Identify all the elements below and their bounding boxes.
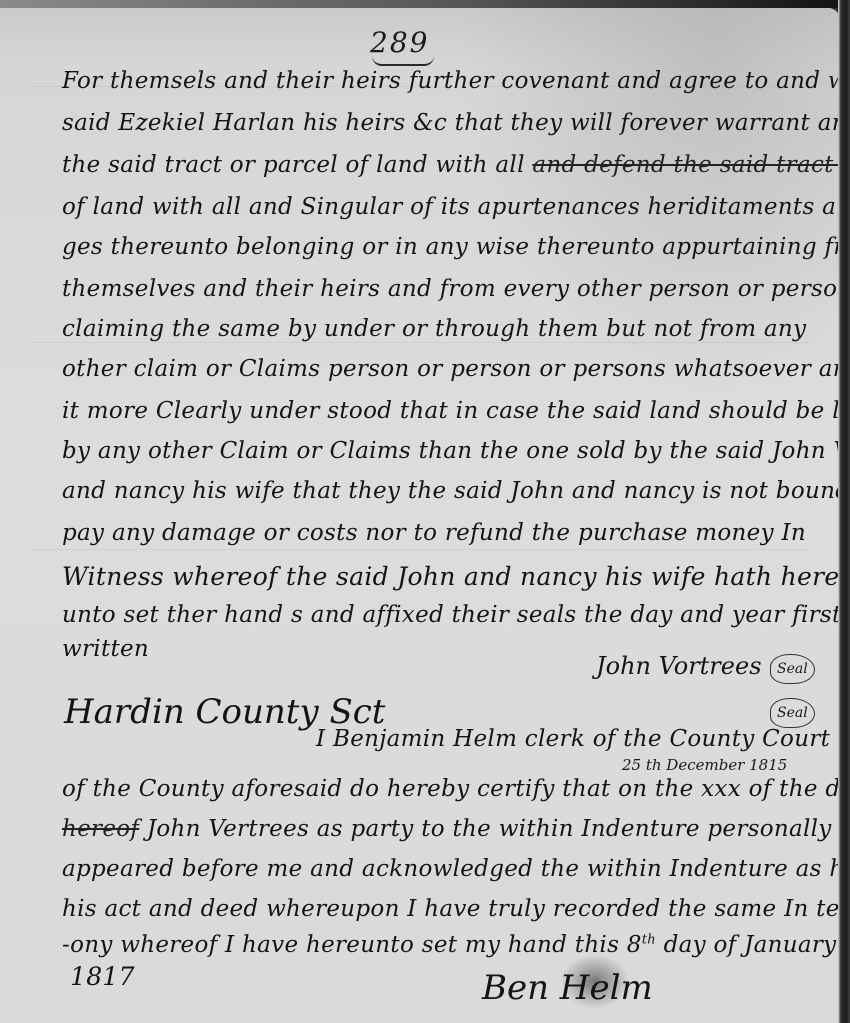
body-line-9: it more Clearly under stood that in case… [62, 398, 850, 424]
ruled-line [30, 549, 810, 550]
certificate-interlineation: 25 th December 1815 [622, 756, 787, 774]
certificate-line-1: I Benjamin Helm clerk of the County Cour… [316, 726, 830, 752]
body-line-10: by any other Claim or Claims than the on… [62, 438, 850, 464]
body-line-8: other claim or Claims person or person o… [62, 356, 850, 382]
seal-2: Seal [770, 698, 815, 728]
manuscript-scan: 289 For themsels and their heirs further… [0, 0, 850, 1023]
body-line-7: claiming the same by under or through th… [62, 316, 806, 342]
body-line-4: of land with all and Singular of its apu… [62, 194, 850, 220]
certificate-line-5: his act and deed whereupon I have truly … [62, 896, 850, 922]
certificate-line-6-end: day of January [664, 932, 837, 958]
body-line-1: For themsels and their heirs further cov… [62, 68, 850, 94]
body-line-11: and nancy his wife that they the said Jo… [62, 478, 850, 504]
certificate-line-6: -ony whereof I have hereunto set my hand… [62, 932, 836, 958]
page-top-edge [0, 0, 850, 8]
page-number-flourish [372, 56, 434, 66]
body-line-3: the said tract or parcel of land with al… [62, 152, 850, 178]
page-number: 289 [370, 26, 429, 59]
body-line-5: ges thereunto belonging or in any wise t… [62, 234, 850, 260]
ledger-page: 289 For themsels and their heirs further… [0, 4, 838, 1023]
struck-text: and defend the said tract or parcel [532, 152, 850, 178]
certificate-line-3-text: John Vertrees as party to the within Ind… [147, 816, 832, 842]
body-line-3-text: the said tract or parcel of land with al… [62, 152, 525, 178]
body-line-15: written [62, 636, 149, 662]
body-line-13: Witness whereof the said John and nancy … [62, 562, 848, 591]
ordinal-suffix: th [642, 932, 656, 947]
certificate-line-2: of the County aforesaid do hereby certif… [62, 776, 850, 802]
book-spine-edge [838, 0, 850, 1023]
certificate-year: 1817 [70, 962, 135, 991]
ruled-line [30, 342, 810, 343]
signature-john-vortrees: John Vortrees [596, 652, 762, 680]
certificate-line-4: appeared before me and acknowledged the … [62, 856, 850, 882]
certificate-line-3: hereof John Vertrees as party to the wit… [62, 816, 832, 842]
seal-1: Seal [770, 654, 815, 684]
body-line-12: pay any damage or costs nor to refund th… [62, 520, 806, 546]
certificate-line-6-text: -ony whereof I have hereunto set my hand… [62, 932, 642, 958]
body-line-14: unto set ther hand s and affixed their s… [62, 602, 842, 628]
signature-ben-helm: Ben Helm [482, 968, 653, 1008]
body-line-2: said Ezekiel Harlan his heirs &c that th… [62, 110, 850, 136]
body-line-6: themselves and their heirs and from ever… [62, 276, 850, 302]
struck-text: hereof [62, 816, 139, 842]
